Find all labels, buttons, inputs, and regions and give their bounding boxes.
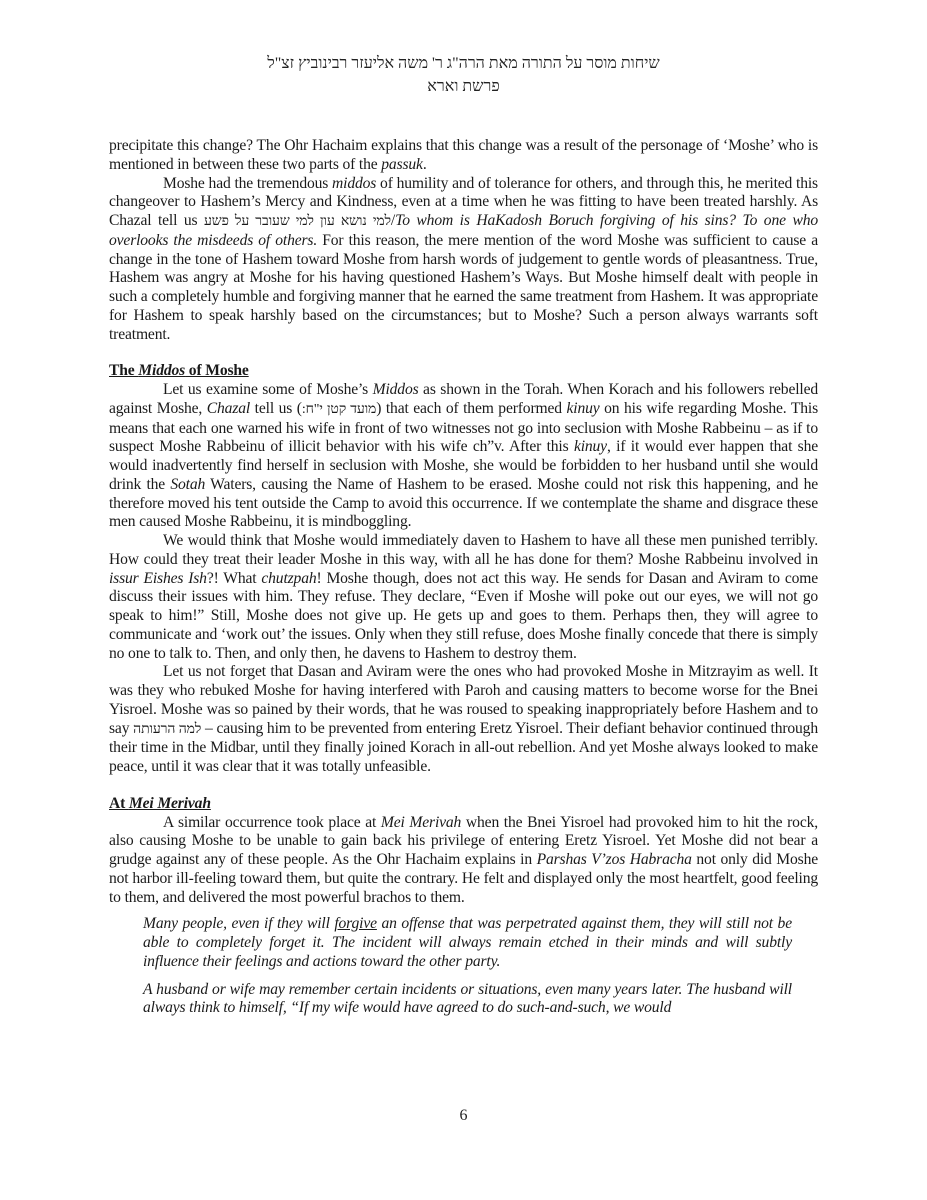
running-header-parsha: פרשת וארא (0, 78, 927, 96)
paragraph-continuation: precipitate this change? The Ohr Hachaim… (109, 137, 818, 175)
paragraph-mei-merivah: A similar occurrence took place at Mei M… (109, 814, 818, 908)
page-number: 6 (0, 1107, 927, 1125)
section-heading-middos: The Middos of Moshe (109, 362, 818, 381)
body-text: precipitate this change? The Ohr Hachaim… (109, 137, 818, 1018)
hebrew-citation: מועד קטן י"ח: (302, 402, 376, 417)
paragraph-korach: Let us examine some of Moshe’s Middos as… (109, 381, 818, 532)
section-heading-mei-merivah: At Mei Merivah (109, 795, 818, 814)
document-page: שיחות מוסר על התורה מאת הרה"ג ר' משה אלי… (0, 0, 927, 1200)
paragraph-dasan-aviram: We would think that Moshe would immediat… (109, 532, 818, 663)
block-quote-husband-wife: A husband or wife may remember certain i… (143, 981, 792, 1019)
hebrew-quote: למי נושא עון למי שעובר על פשע (204, 214, 391, 229)
hebrew-phrase: למה הרעותה (133, 722, 201, 737)
block-quote-forgive: Many people, even if they will forgive a… (143, 915, 792, 971)
paragraph-mitzrayim: Let us not forget that Dasan and Aviram … (109, 663, 818, 777)
running-header-title: שיחות מוסר על התורה מאת הרה"ג ר' משה אלי… (0, 55, 927, 73)
paragraph-moshe-middos: Moshe had the tremendous middos of humil… (109, 175, 818, 345)
